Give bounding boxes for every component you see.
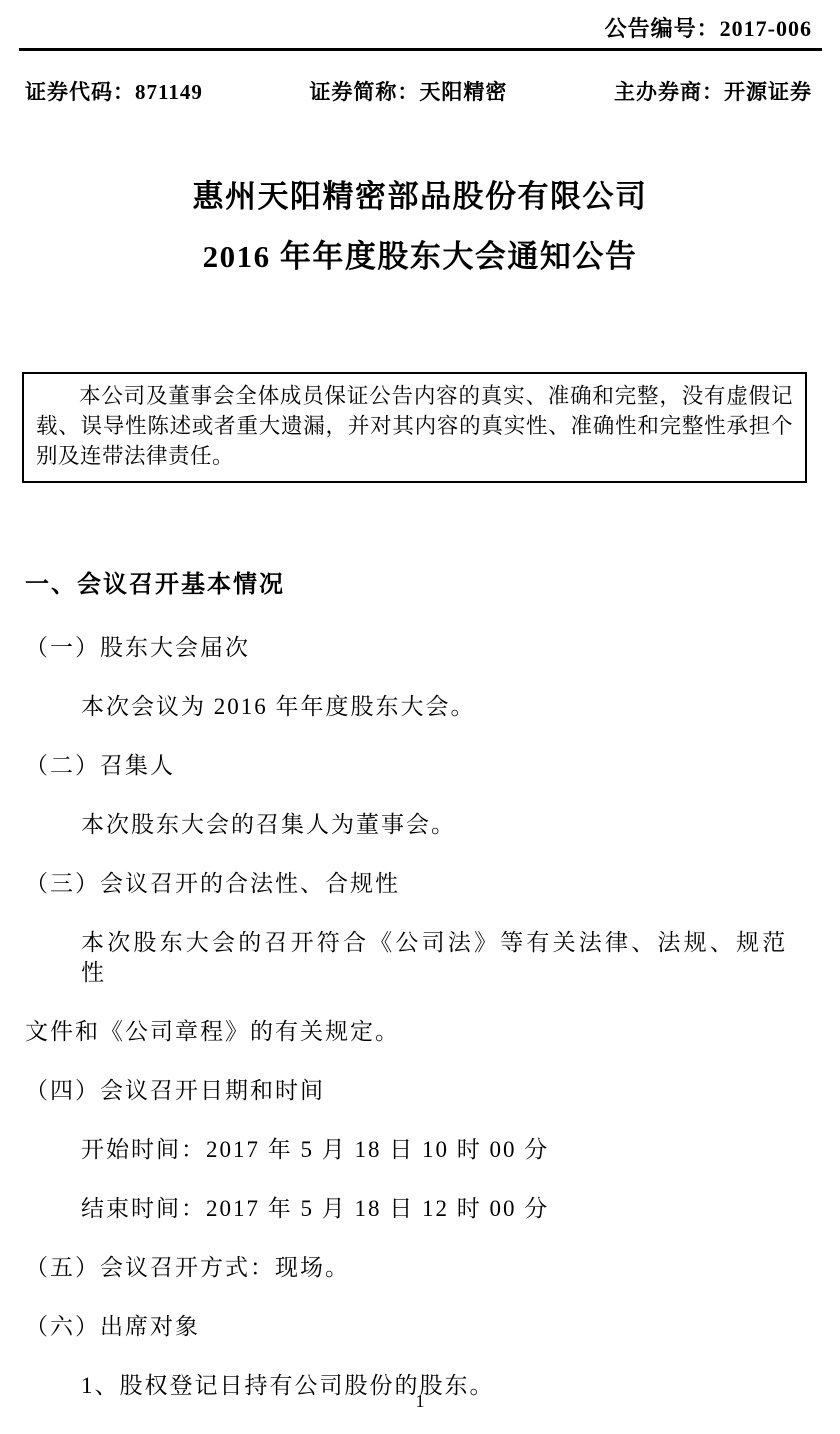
paragraph-item-2-body: 本次股东大会的召集人为董事会。: [0, 810, 840, 840]
disclaimer-box: 本公司及董事会全体成员保证公告内容的真实、准确和完整，没有虚假记载、误导性陈述或…: [22, 372, 807, 483]
paragraph-item-1-heading: （一）股东大会届次: [0, 633, 840, 663]
document-page: 公告编号：2017-006 证券代码：871149 证券简称：天阳精密 主办券商…: [0, 0, 840, 1434]
securities-info-bar: 证券代码：871149 证券简称：天阳精密 主办券商：开源证券: [0, 51, 840, 106]
paragraph-item-6-heading: （六）出席对象: [0, 1312, 840, 1342]
paragraph-item-3-body-line1: 本次股东大会的召开符合《公司法》等有关法律、法规、规范性: [0, 928, 840, 988]
stock-code: 证券代码：871149: [25, 76, 203, 106]
paragraph-item-5-heading: （五）会议召开方式：现场。: [0, 1253, 840, 1283]
stock-short-name: 证券简称：天阳精密: [309, 76, 507, 106]
paragraph-item-4-heading: （四）会议召开日期和时间: [0, 1076, 840, 1106]
announcement-title: 2016 年年度股东大会通知公告: [0, 241, 840, 272]
section-heading-meeting-basics: 一、会议召开基本情况: [0, 573, 840, 597]
paragraph-item-3-heading: （三）会议召开的合法性、合规性: [0, 869, 840, 899]
company-name-title: 惠州天阳精密部品股份有限公司: [0, 181, 840, 212]
paragraph-item-1-body: 本次会议为 2016 年年度股东大会。: [0, 692, 840, 722]
disclaimer-text: 本公司及董事会全体成员保证公告内容的真实、准确和完整，没有虚假记载、误导性陈述或…: [36, 381, 793, 471]
paragraph-item-3-body-line2: 文件和《公司章程》的有关规定。: [0, 1017, 840, 1047]
sponsor-broker: 主办券商：开源证券: [614, 76, 812, 106]
paragraph-item-2-heading: （二）召集人: [0, 751, 840, 781]
paragraph-start-time: 开始时间：2017 年 5 月 18 日 10 时 00 分: [0, 1135, 840, 1165]
announcement-number: 公告编号：2017-006: [0, 0, 840, 43]
page-number: 1: [0, 1391, 840, 1412]
paragraph-end-time: 结束时间：2017 年 5 月 18 日 12 时 00 分: [0, 1194, 840, 1224]
